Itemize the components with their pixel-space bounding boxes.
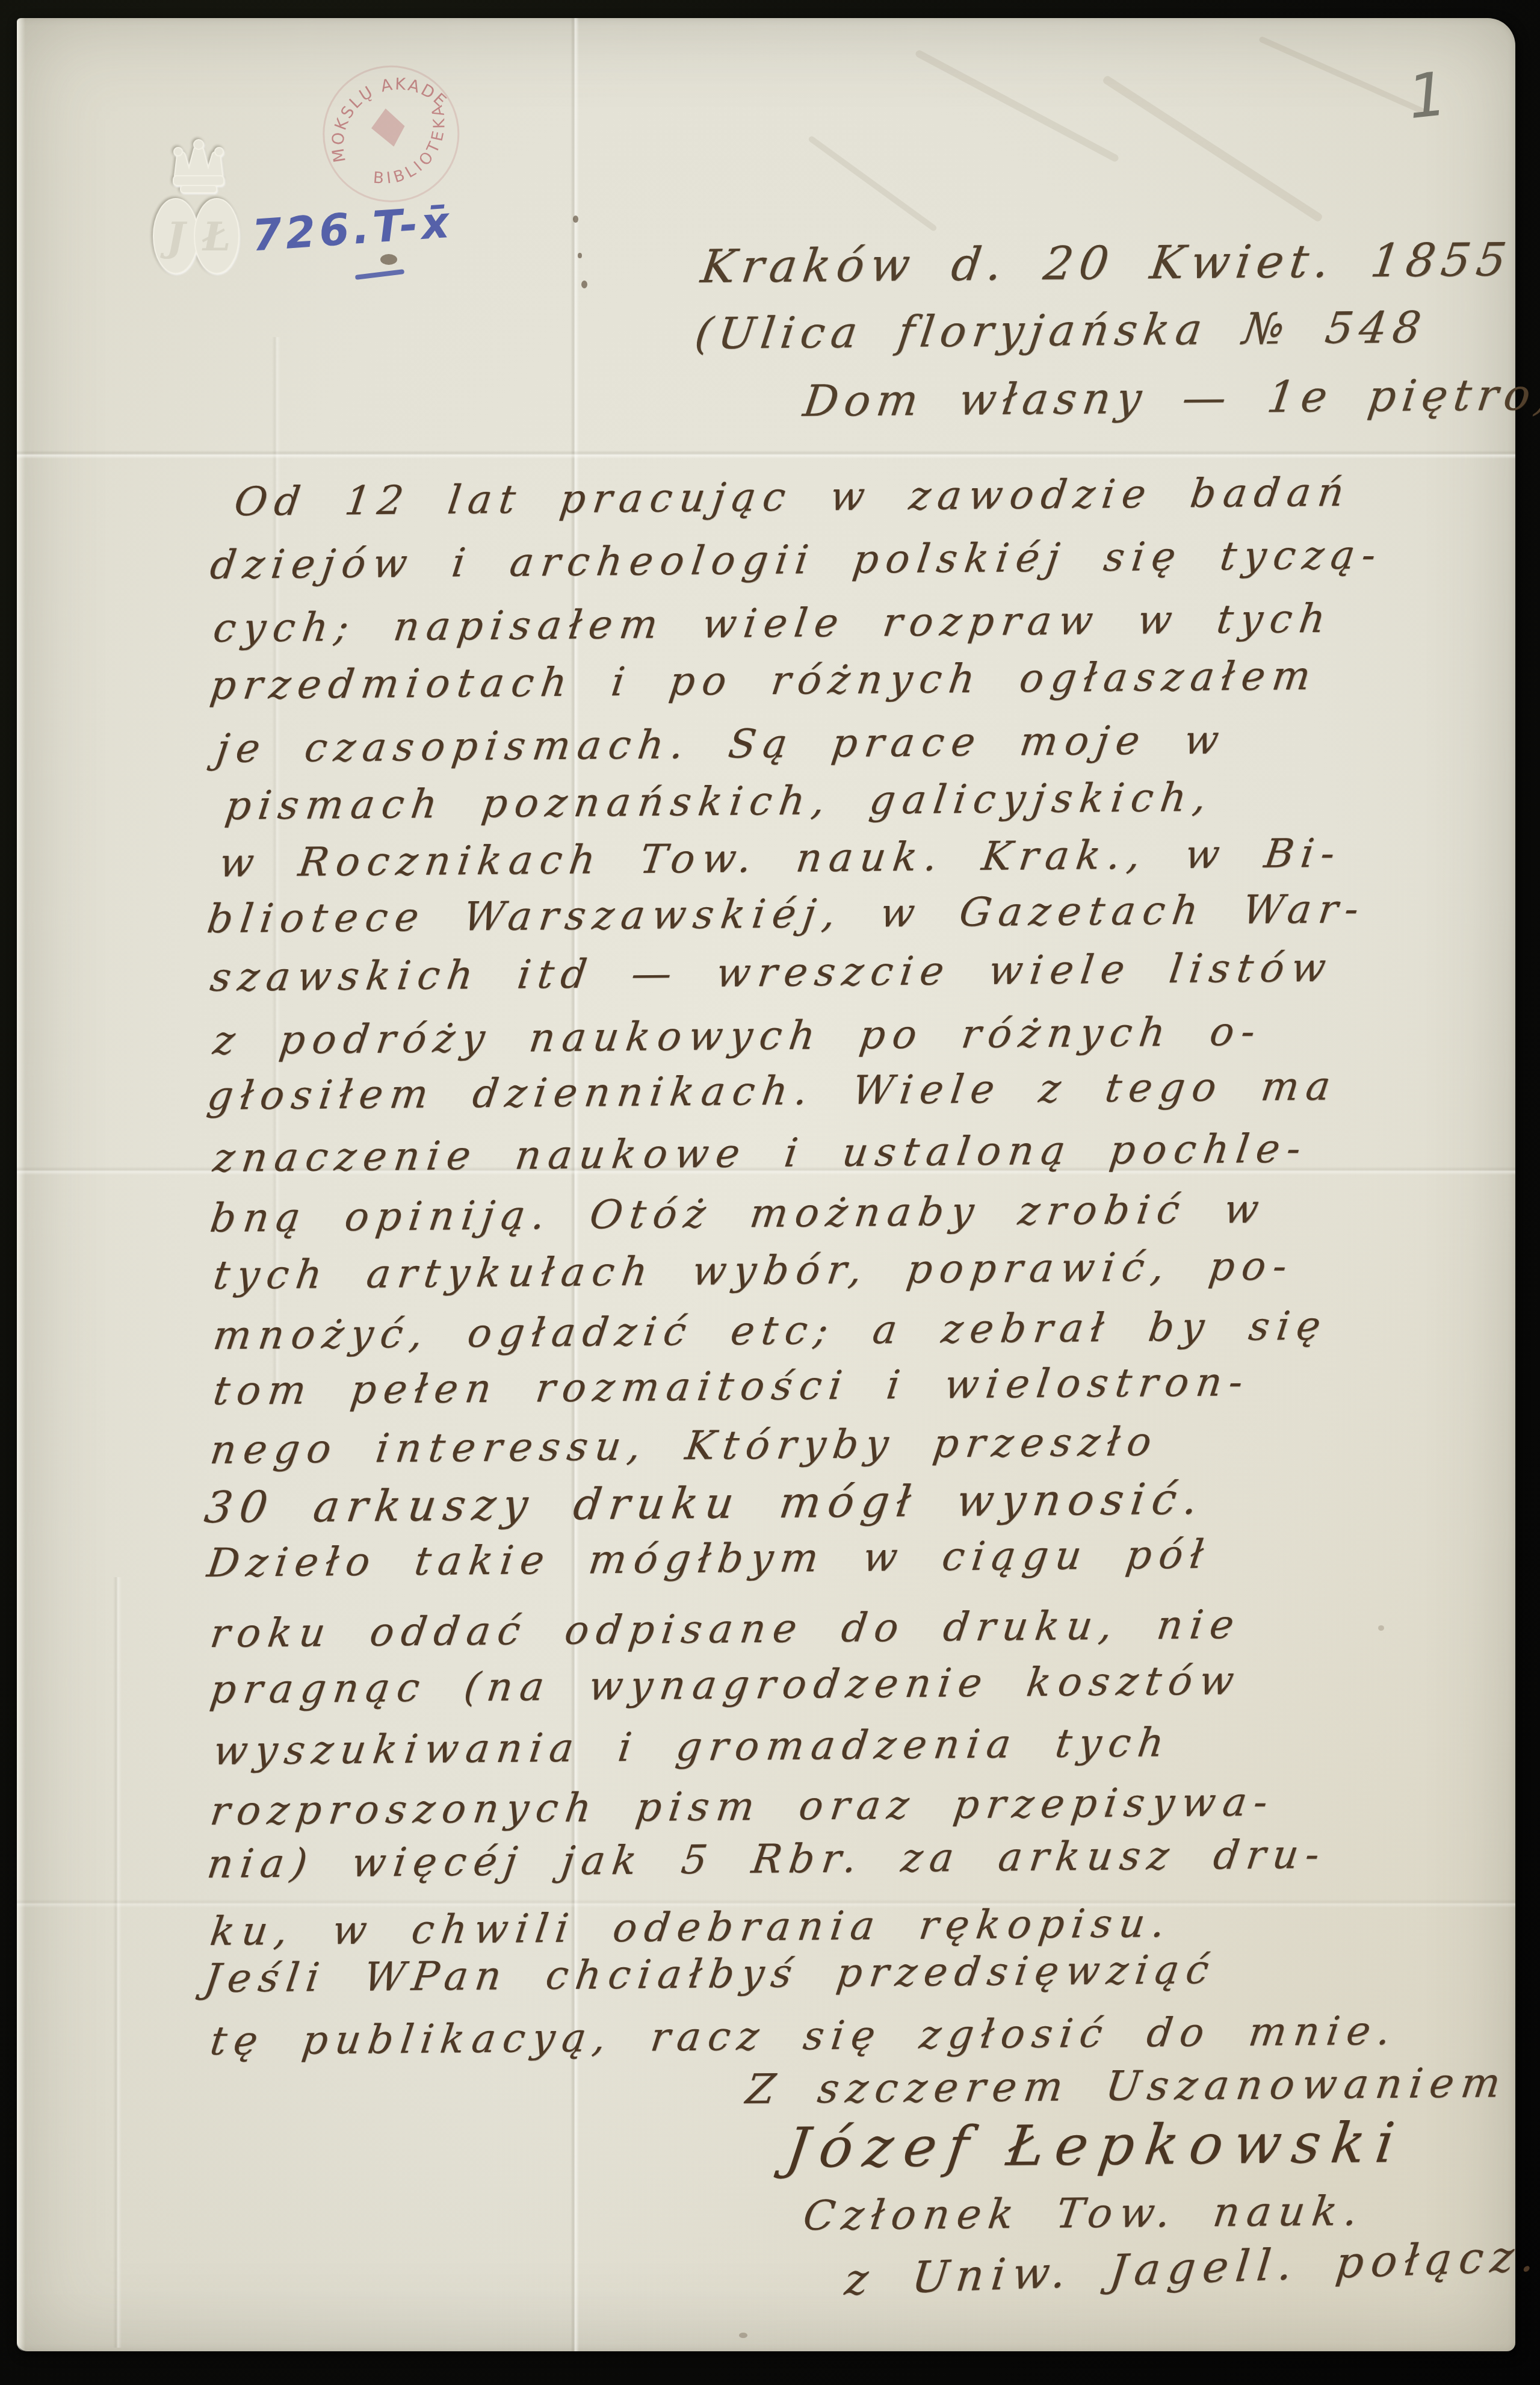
- body-line: bną opiniją. Otóż możnaby zrobić w: [208, 1186, 1269, 1241]
- header-address-line: (Ulica floryjańska № 548: [692, 302, 1430, 359]
- scanned-letter-page: J Ł MOKSLŲ AKADEMIJOS BIBLIOTEKA 726.T-x…: [0, 0, 1540, 2385]
- body-line: w Rocznikach Tow. nauk. Krak., w Bi-: [217, 830, 1345, 886]
- body-line: cych; napisałem wiele rozpraw w tych: [211, 595, 1335, 651]
- ink-speck: [739, 2333, 747, 2338]
- page-number-pencil: 1: [1405, 58, 1450, 132]
- body-line: nia) więcéj jak 5 Rbr. za arkusz dru-: [205, 1831, 1329, 1887]
- horizontal-fold-crease: [17, 450, 1515, 459]
- signature-title-line: Członek Tow. nauk.: [800, 2188, 1368, 2240]
- body-line: znaczenie naukowe i ustaloną pochle-: [211, 1125, 1311, 1181]
- body-line: mnożyć, ogładzić etc; a zebrał by się: [211, 1303, 1331, 1359]
- header-address-line: Dom własny — 1e piętro): [800, 369, 1540, 426]
- stamp-center-emblem: [366, 105, 410, 152]
- ink-speck: [573, 216, 578, 223]
- closing-salutation: Z szczerem Uszanowaniem: [743, 2059, 1511, 2114]
- body-line: ku, w chwili odebrania rękopisu.: [208, 1900, 1175, 1955]
- ink-speck: [578, 253, 582, 258]
- body-line: rozproszonych pism oraz przepisywa-: [208, 1779, 1278, 1834]
- body-line: głosiłem dziennikach. Wiele z tego ma: [205, 1063, 1340, 1119]
- body-line: nego interessu, Któryby przeszło: [208, 1418, 1161, 1473]
- ink-speck: [380, 254, 397, 265]
- body-line: roku oddać odpisane do druku, nie: [208, 1601, 1244, 1657]
- vertical-fold-crease: [113, 1577, 122, 2348]
- body-line: pismach poznańskich, galicyjskich,: [223, 774, 1216, 829]
- signature-name: Józef Łepkowski: [782, 2111, 1409, 2180]
- embossed-monogram-stamp: J Ł: [152, 118, 246, 279]
- header-date-line: Kraków d. 20 Kwiet. 1855 r.: [698, 232, 1540, 293]
- body-line: Od 12 lat pracując w zawodzie badań: [232, 469, 1354, 525]
- body-line: pragnąc (na wynagrodzenie kosztów: [208, 1657, 1244, 1713]
- vertical-fold-crease: [571, 18, 579, 2351]
- ink-speck: [581, 281, 587, 288]
- body-line: szawskich itd — wreszcie wiele listów: [208, 944, 1336, 1000]
- body-line: z podróży naukowych po różnych o-: [211, 1008, 1265, 1064]
- monogram-letter-right: Ł: [202, 213, 231, 260]
- body-line: przedmiotach i po różnych ogłaszałem: [208, 653, 1320, 709]
- body-line: 30 arkuszy druku mógł wynosić.: [202, 1474, 1208, 1533]
- letter-paper-sheet: [17, 18, 1515, 2351]
- body-line: tych artykułach wybór, poprawić, po-: [211, 1242, 1297, 1298]
- body-line: Jeśli WPan chciałbyś przedsięwziąć: [202, 1946, 1219, 2002]
- body-line: Dzieło takie mógłbym w ciągu pół: [205, 1531, 1213, 1586]
- body-line: je czasopismach. Są prace moje w: [214, 716, 1229, 772]
- paper-edge-highlight: [17, 18, 25, 2351]
- ink-speck: [1378, 1625, 1384, 1631]
- body-line: wyszukiwania i gromadzenia tych: [211, 1719, 1174, 1774]
- body-line: tom pełen rozmaitości i wielostron-: [211, 1359, 1253, 1414]
